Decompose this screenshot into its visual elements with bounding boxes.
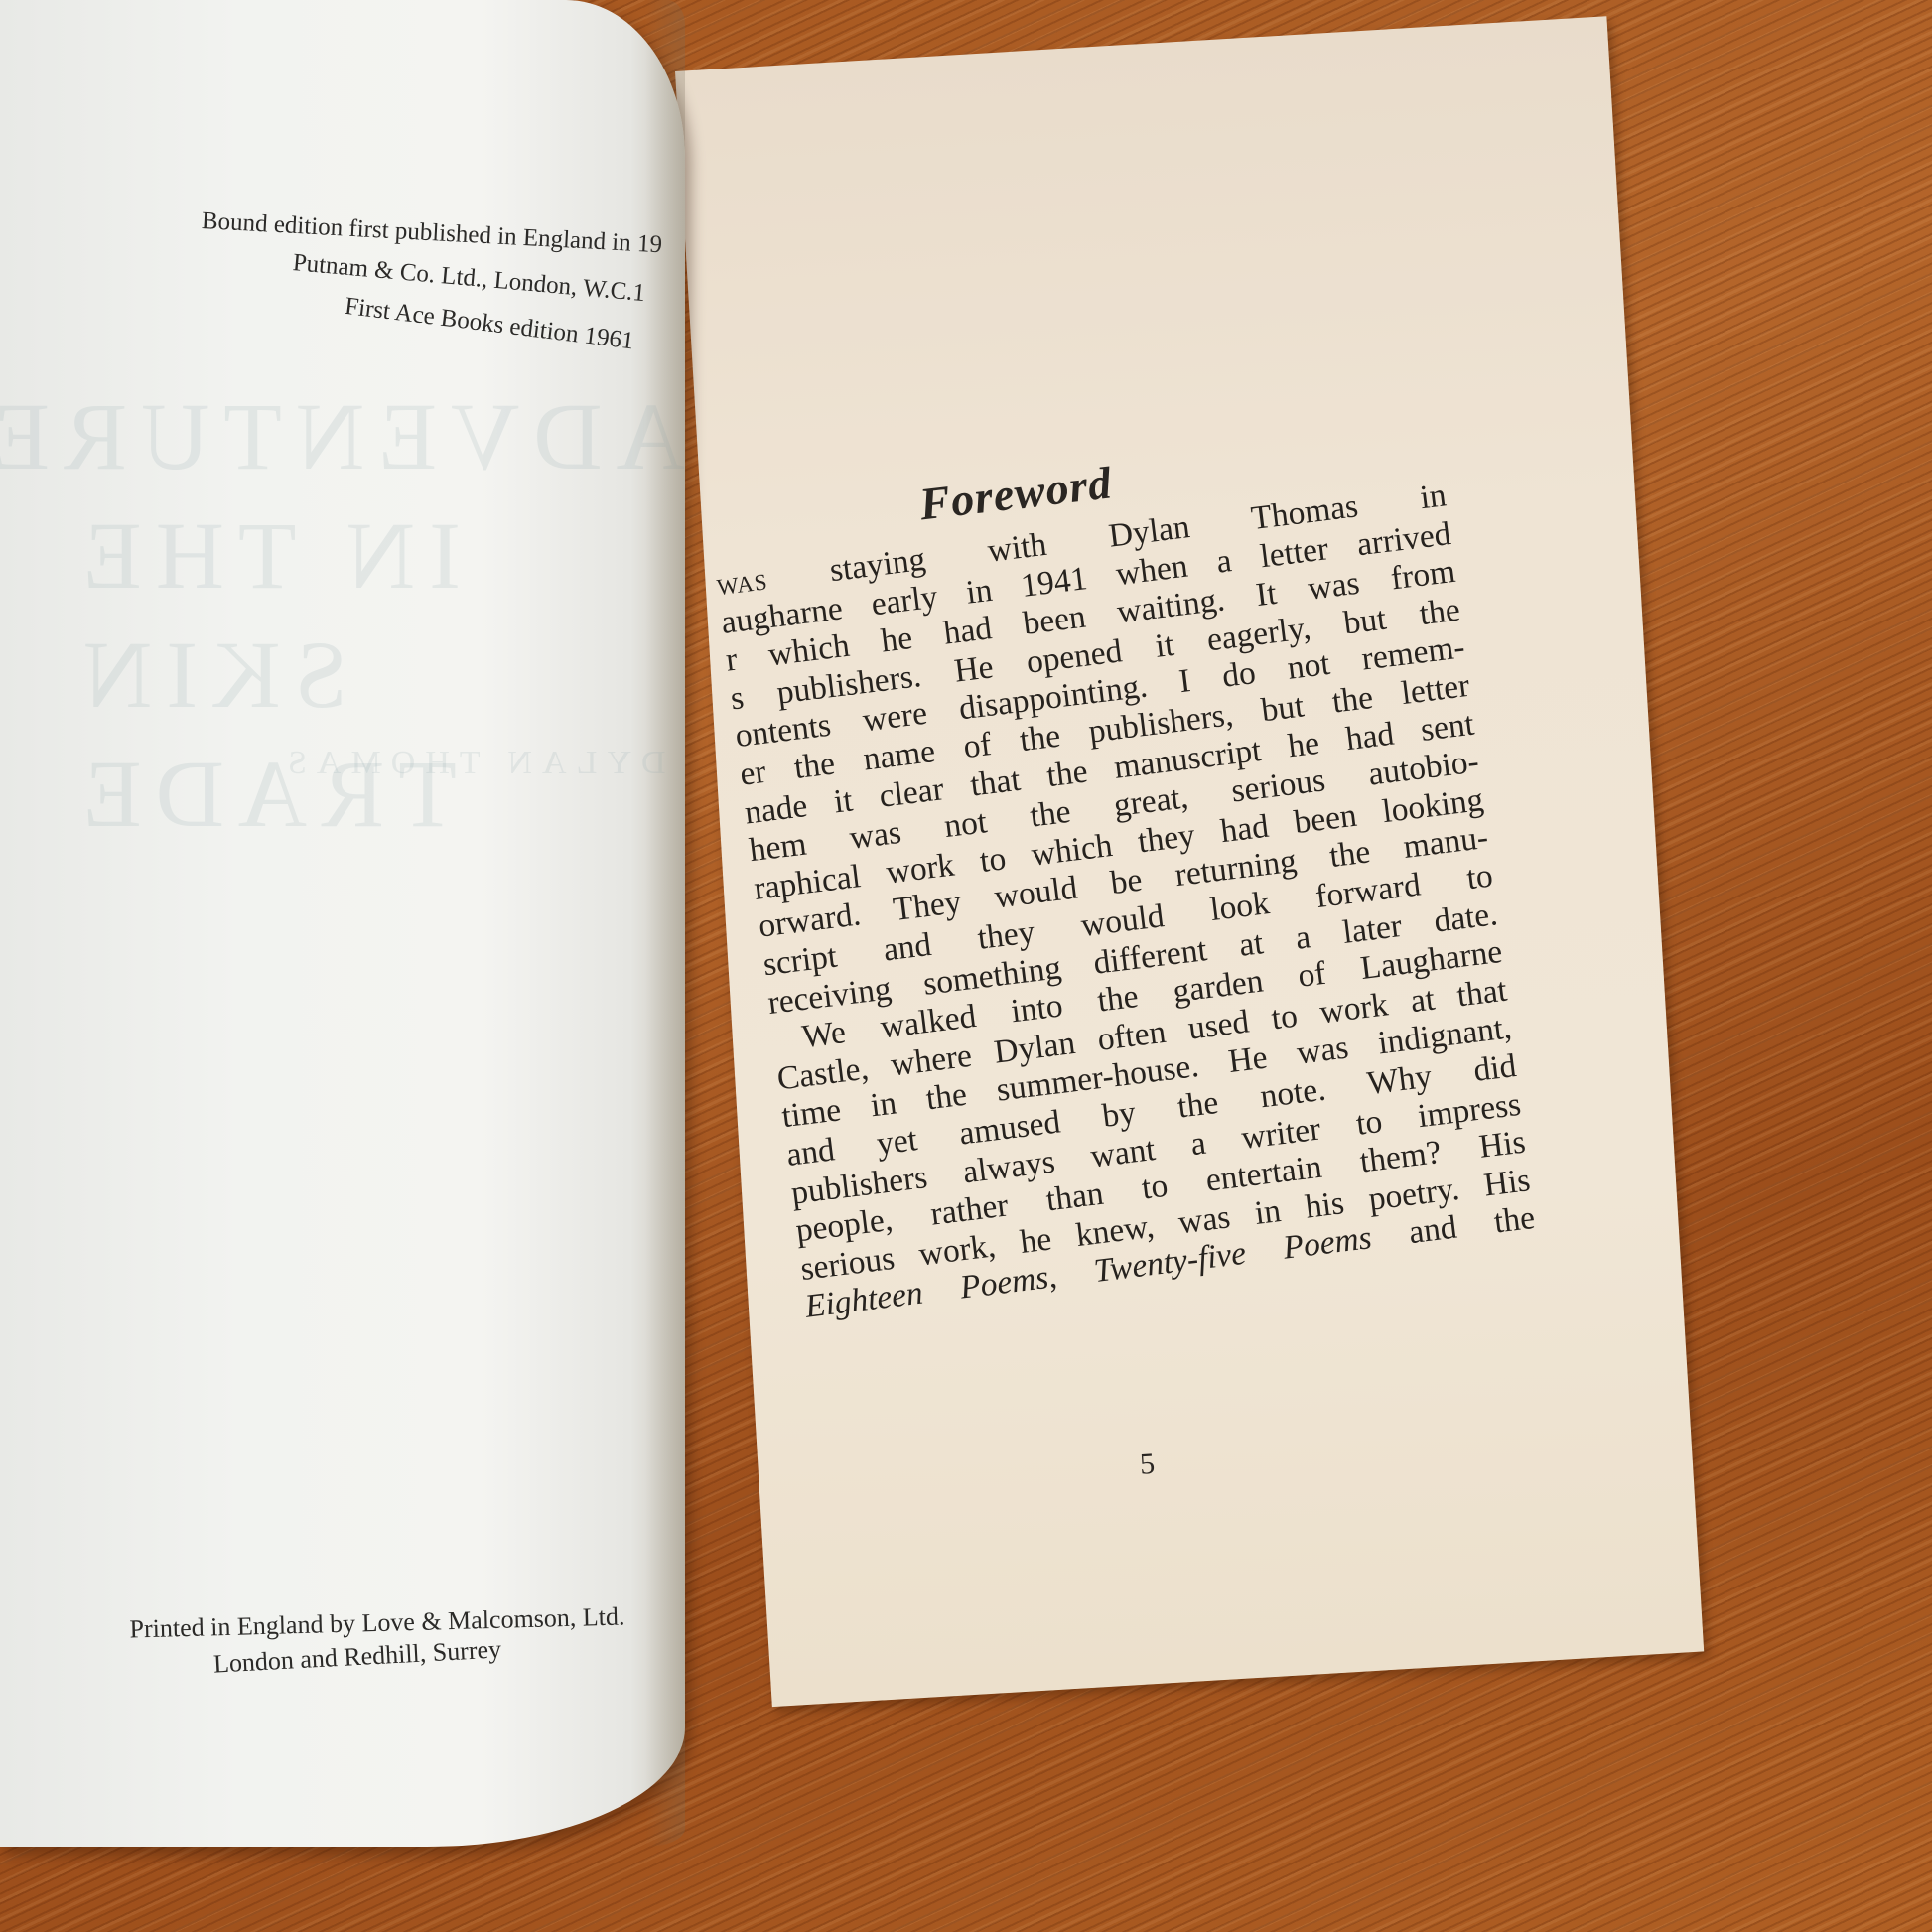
right-page: Foreword was staying with Dylan Thomas i… xyxy=(675,16,1704,1707)
show-through-author: DYLAN THOMAS xyxy=(278,745,665,782)
printer-credit: Printed in England by Love & Malcomson, … xyxy=(99,1606,655,1674)
foreword-body: was staying with Dylan Thomas in augharn… xyxy=(715,477,1538,1326)
foreword-heading: Foreword xyxy=(916,456,1114,530)
page-number: 5 xyxy=(1139,1448,1156,1482)
publication-imprint: Bound edition first published in England… xyxy=(202,205,667,306)
left-page: ADVENTURES IN THE SKIN TRADE DYLAN THOMA… xyxy=(0,0,685,1847)
show-through-title: ADVENTURES IN THE SKIN TRADE xyxy=(69,377,685,854)
